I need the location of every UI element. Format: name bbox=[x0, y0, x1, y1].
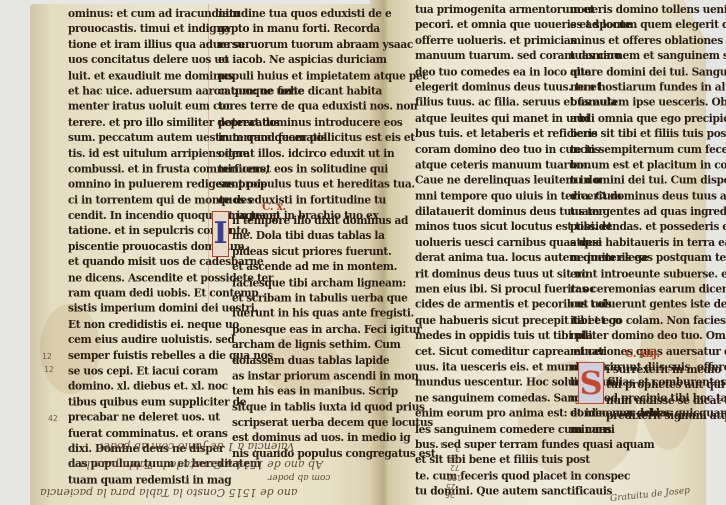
text-line: scripserat uerba decem que locutus bbox=[232, 415, 439, 431]
text-line: ne imiteris eas postquam te fu bbox=[570, 251, 726, 267]
margin-number: 42 bbox=[48, 414, 58, 423]
text-line: nitudine tua quos eduxisti de e bbox=[218, 6, 428, 22]
text-line: tuas carnem et sanguinem super bbox=[570, 49, 726, 65]
text-line: re seruorum tuorum abraam ysaac bbox=[218, 37, 428, 53]
text-line: uoueris domino tollens uenies bbox=[570, 2, 726, 18]
text-line: tu domini dei tui. Cum disper bbox=[570, 173, 726, 189]
margin-number: 72 bbox=[450, 463, 460, 472]
text-line: tui prophetes aut qui somp bbox=[606, 378, 726, 394]
text-line: te in sempiternum cum feceris quod bbox=[570, 142, 726, 158]
text-line: es ad locum quem elegerit do bbox=[570, 18, 726, 34]
text-line: bonum est et placitum in conspec bbox=[570, 157, 726, 173]
text-line: ras ceremonias earum dicens. Si bbox=[570, 282, 726, 298]
right-illuminated-initial: S bbox=[578, 362, 604, 404]
text-line: sitque in tablis iuxta id quod prius bbox=[232, 400, 439, 416]
margin-number: 180 bbox=[447, 473, 461, 482]
marginal-note: ano de 1515 Consto la Tabla para la paci… bbox=[40, 486, 297, 499]
text-line: n tempore illo dixit dominus ad bbox=[232, 213, 439, 229]
text-line: militer domino deo tuo. Omnes enim abho bbox=[570, 328, 726, 344]
text-line: minus et offeres oblationes bbox=[570, 33, 726, 49]
text-line: et scribam in tabulis uerba que bbox=[232, 291, 439, 307]
left-illuminated-initial: I bbox=[212, 211, 229, 257]
margin-number: 3 bbox=[455, 444, 460, 453]
right-rubric-chapter: C. xiij. bbox=[625, 346, 660, 362]
text-line: bene sit tibi et filiis tuis post bbox=[570, 126, 726, 142]
text-line: tuam gentes ad quas ingredieris bbox=[570, 204, 726, 220]
margin-number: 12 bbox=[42, 352, 52, 361]
text-line: predixerit signum atque portentum bbox=[606, 409, 726, 425]
text-line: tem his eas in manibus. Scrip bbox=[232, 384, 439, 400]
text-line: et ascende ad me in montem. bbox=[232, 260, 439, 276]
text-line: oderat illos. idcirco eduxit ut in bbox=[218, 146, 428, 162]
marginal-note: Ab ano de 1514 a Constado la Tabla para … bbox=[80, 458, 323, 471]
marginal-note: Valencia a 1 de Junio com ab poder bbox=[98, 440, 294, 453]
text-line: populi huius et impietatem atque pec bbox=[218, 68, 428, 84]
text-line: archam de lignis sethim. Cum bbox=[232, 337, 439, 353]
text-line: terficeret eos in solitudine qui bbox=[218, 161, 428, 177]
text-line: faciesque tibi archam ligneam: bbox=[232, 275, 439, 291]
text-line: atque habitaueris in terra earum: caue bbox=[570, 235, 726, 251]
text-line: altare domini dei tui. Sangui bbox=[570, 64, 726, 80]
text-line: ita et ego colam. Non facies si bbox=[570, 313, 726, 329]
text-line: as instar priorum ascendi in mon bbox=[232, 368, 439, 384]
margin-number: 12 bbox=[44, 365, 54, 374]
text-line: pideas sicut priores fuerunt. bbox=[232, 244, 439, 260]
right-page-column-b-continued: i surrexerit in mediotui prophetes aut q… bbox=[606, 362, 726, 424]
margin-number: 58 bbox=[448, 453, 458, 462]
text-line: poterat dominus introducere eos bbox=[218, 115, 428, 131]
text-line: fuerunt in his quas ante fregisti. bbox=[232, 306, 439, 322]
text-line: me. Dola tibi duas tablas la bbox=[232, 229, 439, 245]
marginal-note: com ab poder bbox=[268, 472, 330, 482]
margin-number: 26 bbox=[445, 490, 455, 499]
text-line: et iacob. Ne aspicias duriciam bbox=[218, 53, 428, 69]
text-line: num uidisse se dicat et bbox=[606, 393, 726, 409]
text-line: in terram quam pollicitus est eis et bbox=[218, 130, 428, 146]
text-line: bus autem ipse uesceris. Obserua et bbox=[570, 95, 726, 111]
text-line: catum: ne forte dicant habita bbox=[218, 84, 428, 100]
text-line: tores terre de qua eduxisti nos. non bbox=[218, 99, 428, 115]
text-line: nem hostiarum fundes in altari domini bbox=[570, 80, 726, 96]
text-line: erint introeunte subuerse. et requi bbox=[570, 266, 726, 282]
left-page-column-b: nitudine tua quos eduxisti de egypto in … bbox=[218, 6, 428, 239]
text-line: ponesque eas in archa. Feci igitur bbox=[232, 322, 439, 338]
text-line: possidendas. et possederis eas bbox=[570, 220, 726, 236]
text-line: gypto in manu forti. Recorda bbox=[218, 22, 428, 38]
text-line: audi omnia que ego precipio tibi ut bbox=[570, 111, 726, 127]
text-line: bus. sed super terram fundes quasi aquam bbox=[415, 437, 669, 453]
text-line: sunt populus tuus et hereditas tua. bbox=[218, 177, 428, 193]
text-line: i surrexerit in medio bbox=[606, 362, 726, 378]
margin-number: 4 bbox=[440, 440, 445, 449]
text-line: cut coluerunt gentes iste deos suos bbox=[570, 297, 726, 313]
text-line: dicerit dominus deus tuus ante faciem bbox=[570, 189, 726, 205]
text-line: quos eduxisti in fortitudine tu bbox=[218, 193, 428, 209]
text-line: dolassem duas tablas lapide bbox=[232, 353, 439, 369]
left-page-column-b-continued: n tempore illo dixit dominus adme. Dola … bbox=[232, 213, 439, 462]
